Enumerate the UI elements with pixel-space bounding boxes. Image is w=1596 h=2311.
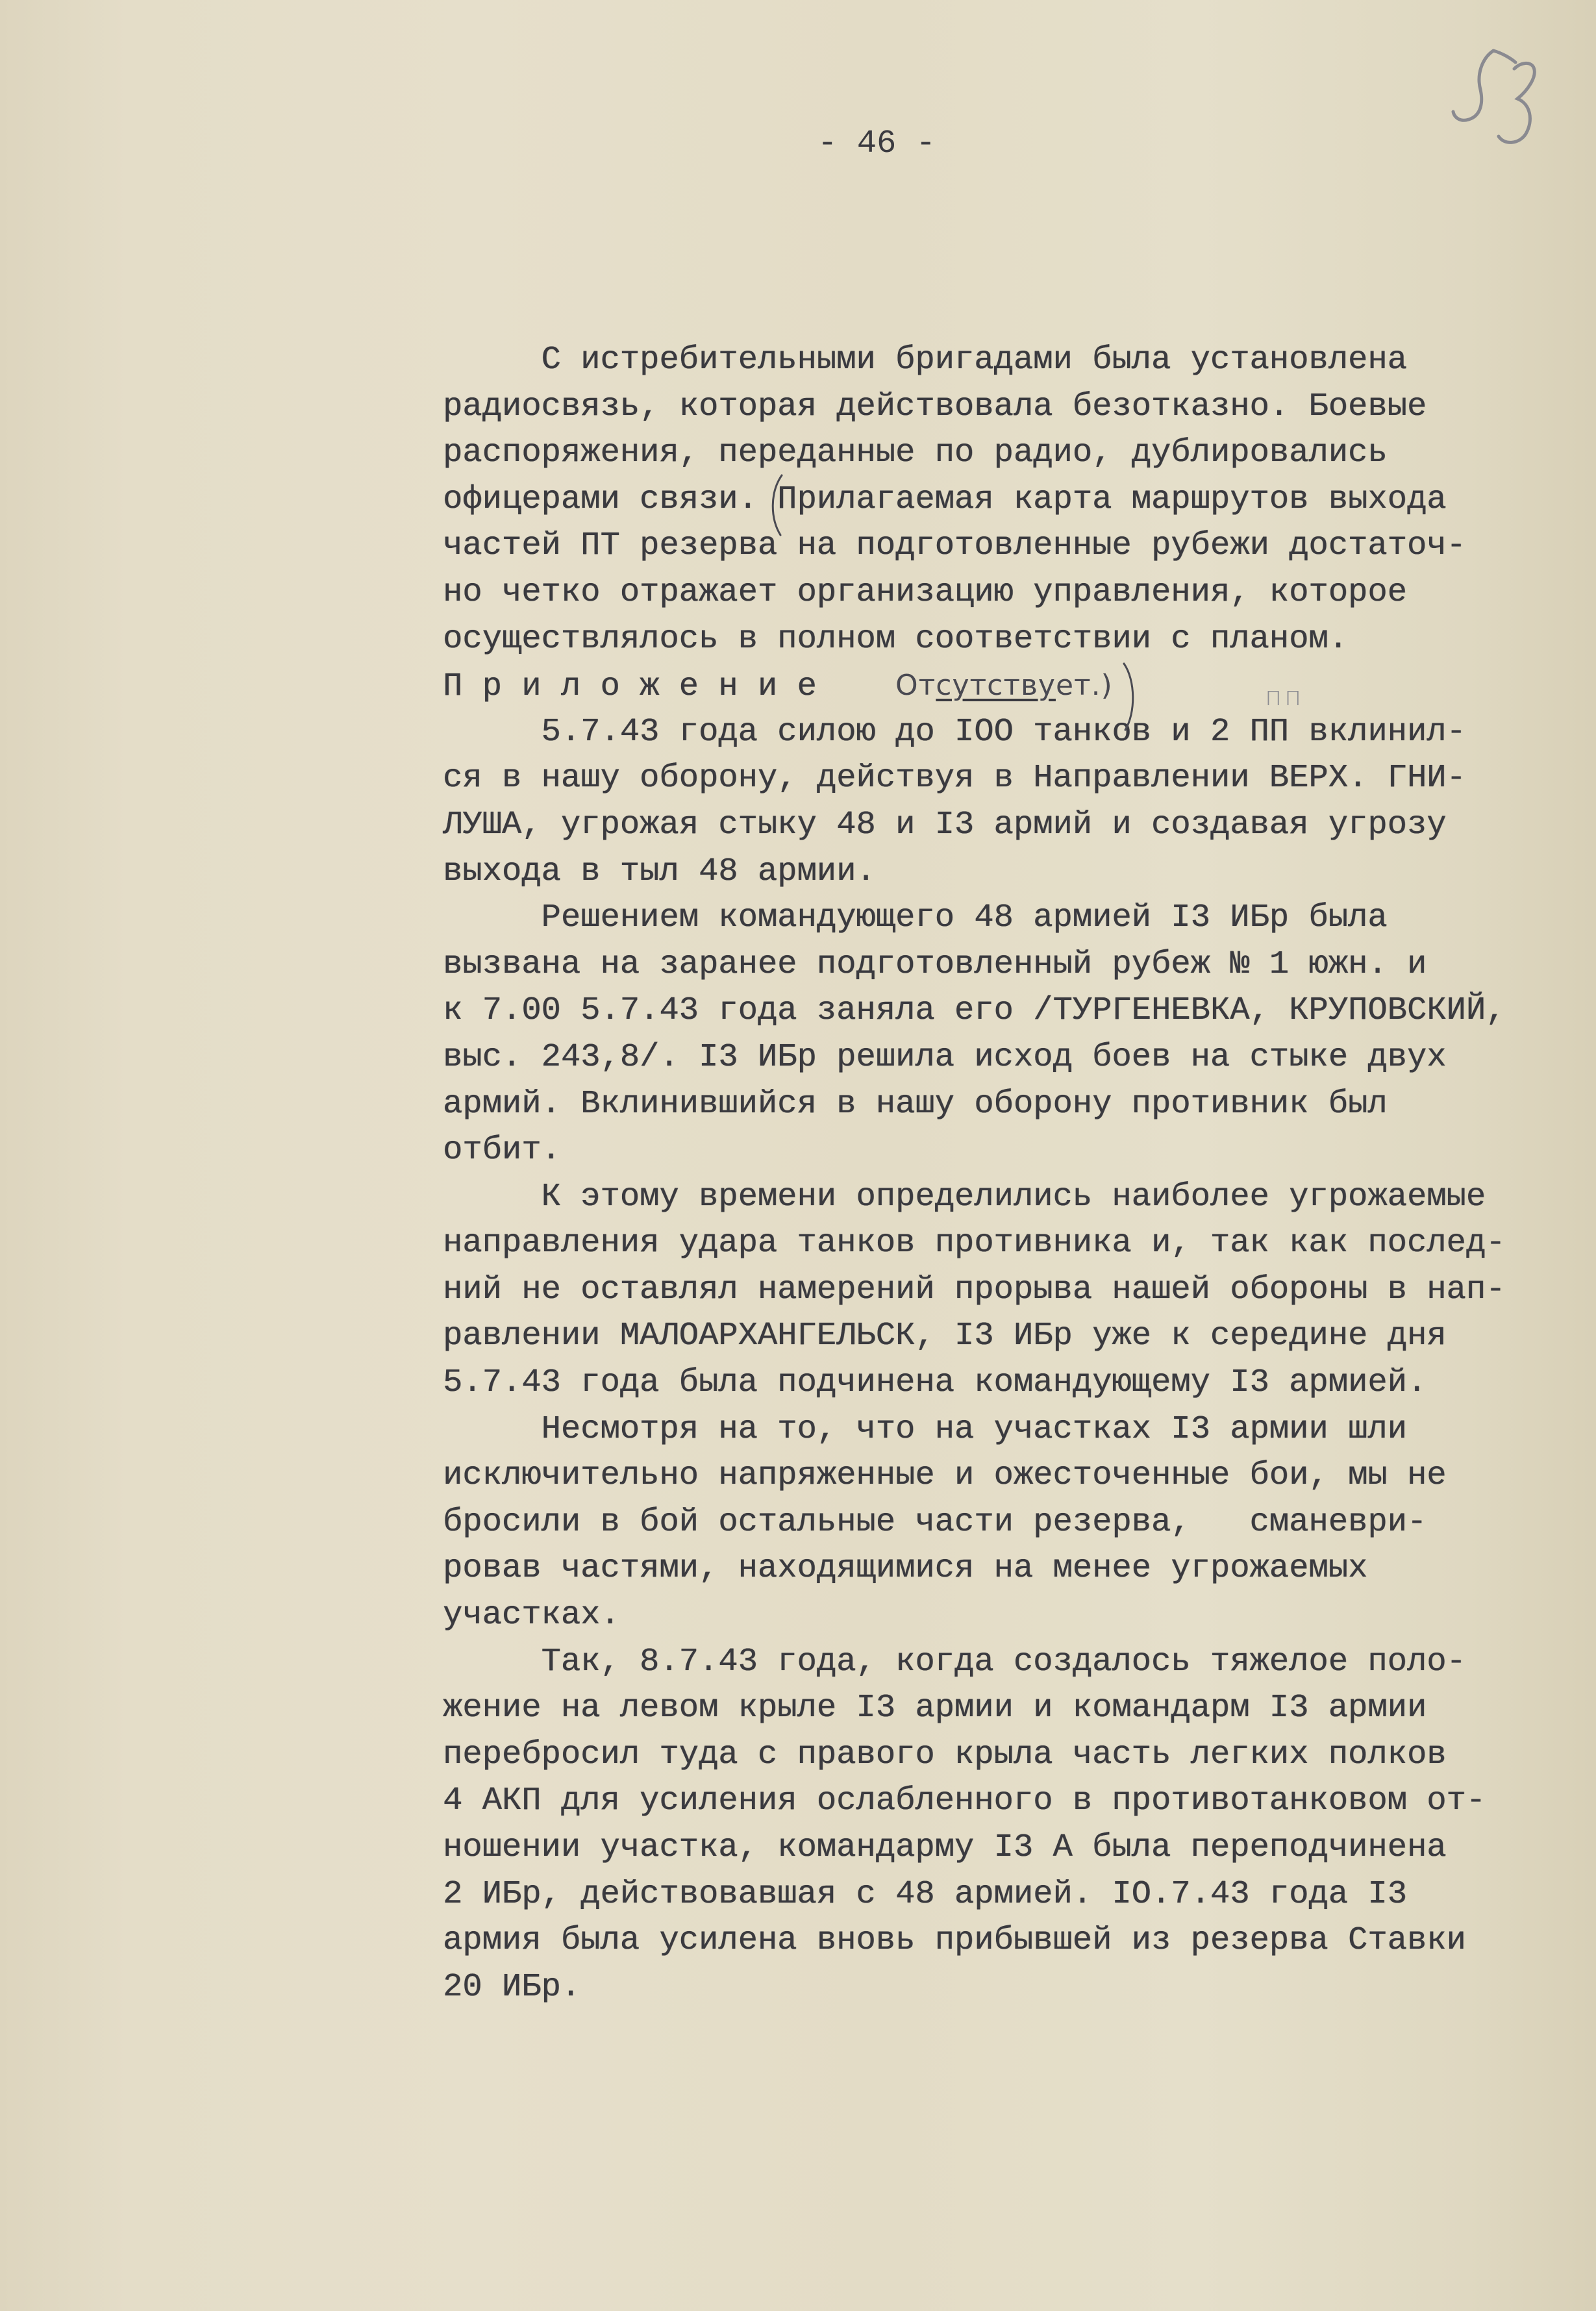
text-line: 20 ИБр. bbox=[443, 1964, 1560, 2011]
text-line: ношении участка, командарму I3 А была пе… bbox=[443, 1825, 1560, 1871]
handwritten-close-paren-icon bbox=[1120, 661, 1140, 732]
text-line: распоряжения, переданные по радио, дубли… bbox=[443, 430, 1560, 477]
text-line: 5.7.43 года силою до IOO танков и 2 ПП в… bbox=[443, 709, 1560, 756]
text-line: выхода в тыл 48 армии. bbox=[443, 849, 1560, 895]
text-line: отбит. bbox=[443, 1127, 1560, 1174]
text-line: ся в нашу оборону, действуя в Направлени… bbox=[443, 755, 1560, 802]
text-line: армий. Вклинившийся в нашу оборону проти… bbox=[443, 1081, 1560, 1128]
text-line: но четко отражает организацию управления… bbox=[443, 569, 1560, 616]
insert-underlined: сутству bbox=[936, 669, 1056, 702]
text-line: исключительно напряженные и ожесточенные… bbox=[443, 1453, 1560, 1499]
text-line: к 7.00 5.7.43 года заняла его /ТУРГЕНЕВК… bbox=[443, 988, 1560, 1034]
text-line: равлении МАЛОАРХАНГЕЛЬСК, I3 ИБр уже к с… bbox=[443, 1313, 1560, 1360]
handwritten-folio-number: 53 bbox=[1443, 39, 1547, 149]
pencil-margin-annotation: пп bbox=[1265, 682, 1304, 712]
handwritten-insert: Отсутствует.) bbox=[895, 669, 1113, 702]
attachment-line: П р и л о ж е н и е Отсутствует.) bbox=[443, 662, 1560, 709]
text-line: ний не оставлял намерений прорыва нашей … bbox=[443, 1267, 1560, 1314]
text-line: частей ПТ резерва на подготовленные рубе… bbox=[443, 523, 1560, 569]
text-line: 4 АКП для усиления ослабленного в против… bbox=[443, 1778, 1560, 1825]
text-line: Несмотря на то, что на участках I3 армии… bbox=[443, 1406, 1560, 1453]
text-line: выс. 243,8/. I3 ИБр решила исход боев на… bbox=[443, 1034, 1560, 1081]
text-line: С истребительными бригадами была установ… bbox=[443, 337, 1560, 384]
page-number: - 46 - bbox=[747, 125, 1006, 164]
text-line: 5.7.43 года была подчинена командующему … bbox=[443, 1360, 1560, 1406]
text-line: вызвана на заранее подготовленный рубеж … bbox=[443, 942, 1560, 988]
text-line: радиосвязь, которая действовала безотказ… bbox=[443, 384, 1560, 431]
text-line: 2 ИБр, действовавшая с 48 армией. IO.7.4… bbox=[443, 1871, 1560, 1918]
folio-53-handwriting-icon bbox=[1443, 39, 1547, 149]
text-line: осуществлялось в полном соответствии с п… bbox=[443, 616, 1560, 663]
typed-body-text: С истребительными бригадами была установ… bbox=[443, 337, 1560, 2010]
text-line: перебросил туда с правого крыла часть ле… bbox=[443, 1732, 1560, 1779]
insert-suffix: ет.) bbox=[1056, 669, 1113, 702]
text-line: армия была усилена вновь прибывшей из ре… bbox=[443, 1918, 1560, 1964]
text-line: Решением командующего 48 армией I3 ИБр б… bbox=[443, 895, 1560, 942]
text-line: офицерами связи. Прилагаемая карта маршр… bbox=[443, 477, 1560, 523]
text-line: участках. bbox=[443, 1592, 1560, 1639]
attachment-label: П р и л о ж е н и е bbox=[443, 668, 895, 705]
text-line: направления удара танков противника и, т… bbox=[443, 1220, 1560, 1267]
document-page: 53 - 46 - С истребительными бригадами бы… bbox=[0, 0, 1596, 2311]
text-line: Так, 8.7.43 года, когда создалось тяжело… bbox=[443, 1639, 1560, 1686]
text-line: жение на левом крыле I3 армии и командар… bbox=[443, 1685, 1560, 1732]
text-line: ЛУША, угрожая стыку 48 и I3 армий и созд… bbox=[443, 802, 1560, 849]
text-line: бросили в бой остальные части резерва, с… bbox=[443, 1499, 1560, 1546]
text-line: ровав частями, находящимися на менее угр… bbox=[443, 1545, 1560, 1592]
insert-prefix: От bbox=[895, 669, 936, 702]
text-line: К этому времени определились наиболее уг… bbox=[443, 1174, 1560, 1221]
